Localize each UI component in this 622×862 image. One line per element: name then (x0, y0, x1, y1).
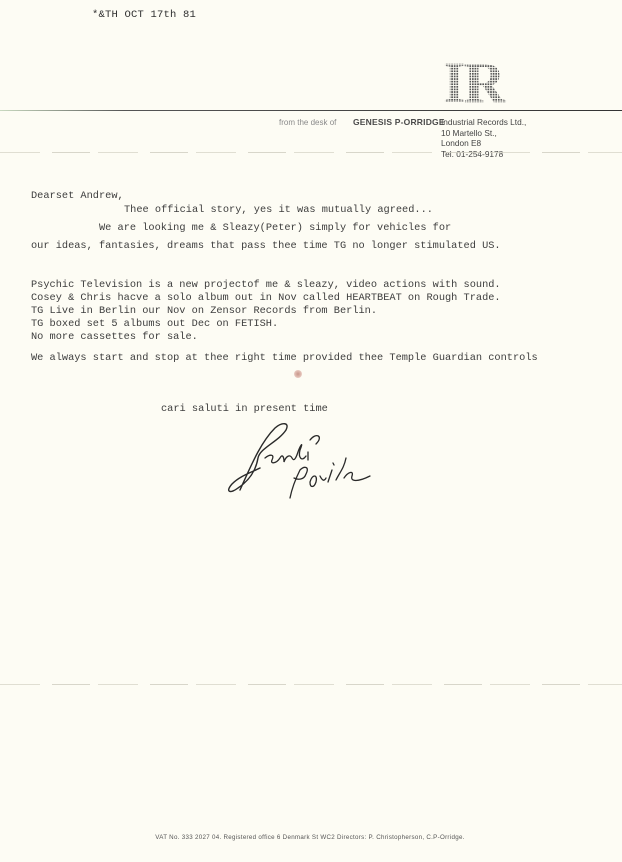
salutation: Dearset Andrew, (31, 190, 124, 202)
paragraph2-line5: No more cassettes for sale. (31, 331, 198, 343)
address-line: Industrial Records Ltd., (441, 117, 526, 128)
paper-fold-line (0, 684, 622, 685)
letter-page: *&TH OCT 17th 81 IR from the desk of GEN… (0, 0, 622, 862)
letter-date: *&TH OCT 17th 81 (92, 9, 196, 21)
handwritten-signature (220, 418, 385, 503)
address-line: London E8 (441, 138, 526, 149)
closing: cari saluti in present time (161, 403, 328, 415)
industrial-records-logo: IR (443, 57, 543, 109)
paragraph2-line1: Psychic Television is a new projectof me… (31, 279, 501, 291)
sender-name: GENESIS P-ORRIDGE (353, 117, 445, 127)
paragraph1-line1: Thee official story, yes it was mutually… (124, 204, 433, 216)
paragraph3: We always start and stop at thee right t… (31, 352, 538, 364)
paragraph2-line4: TG boxed set 5 albums out Dec on FETISH. (31, 318, 278, 330)
paragraph1-line2: We are looking me & Sleazy(Peter) simply… (99, 222, 451, 234)
company-registration-footer: VAT No. 333 2027 04. Registered office 6… (100, 834, 520, 841)
paragraph1-line3: our ideas, fantasies, dreams that pass t… (31, 240, 501, 252)
paragraph2-line2: Cosey & Chris hacve a solo album out in … (31, 292, 501, 304)
paper-fold-line (0, 152, 622, 153)
paper-stain (294, 370, 302, 378)
letterhead-rule (0, 110, 622, 111)
address-line: 10 Martello St., (441, 128, 526, 139)
address-line: Tel. 01-254-9178 (441, 149, 526, 160)
paragraph2-line3: TG Live in Berlin our Nov on Zensor Reco… (31, 305, 377, 317)
from-desk-label: from the desk of (279, 118, 336, 127)
